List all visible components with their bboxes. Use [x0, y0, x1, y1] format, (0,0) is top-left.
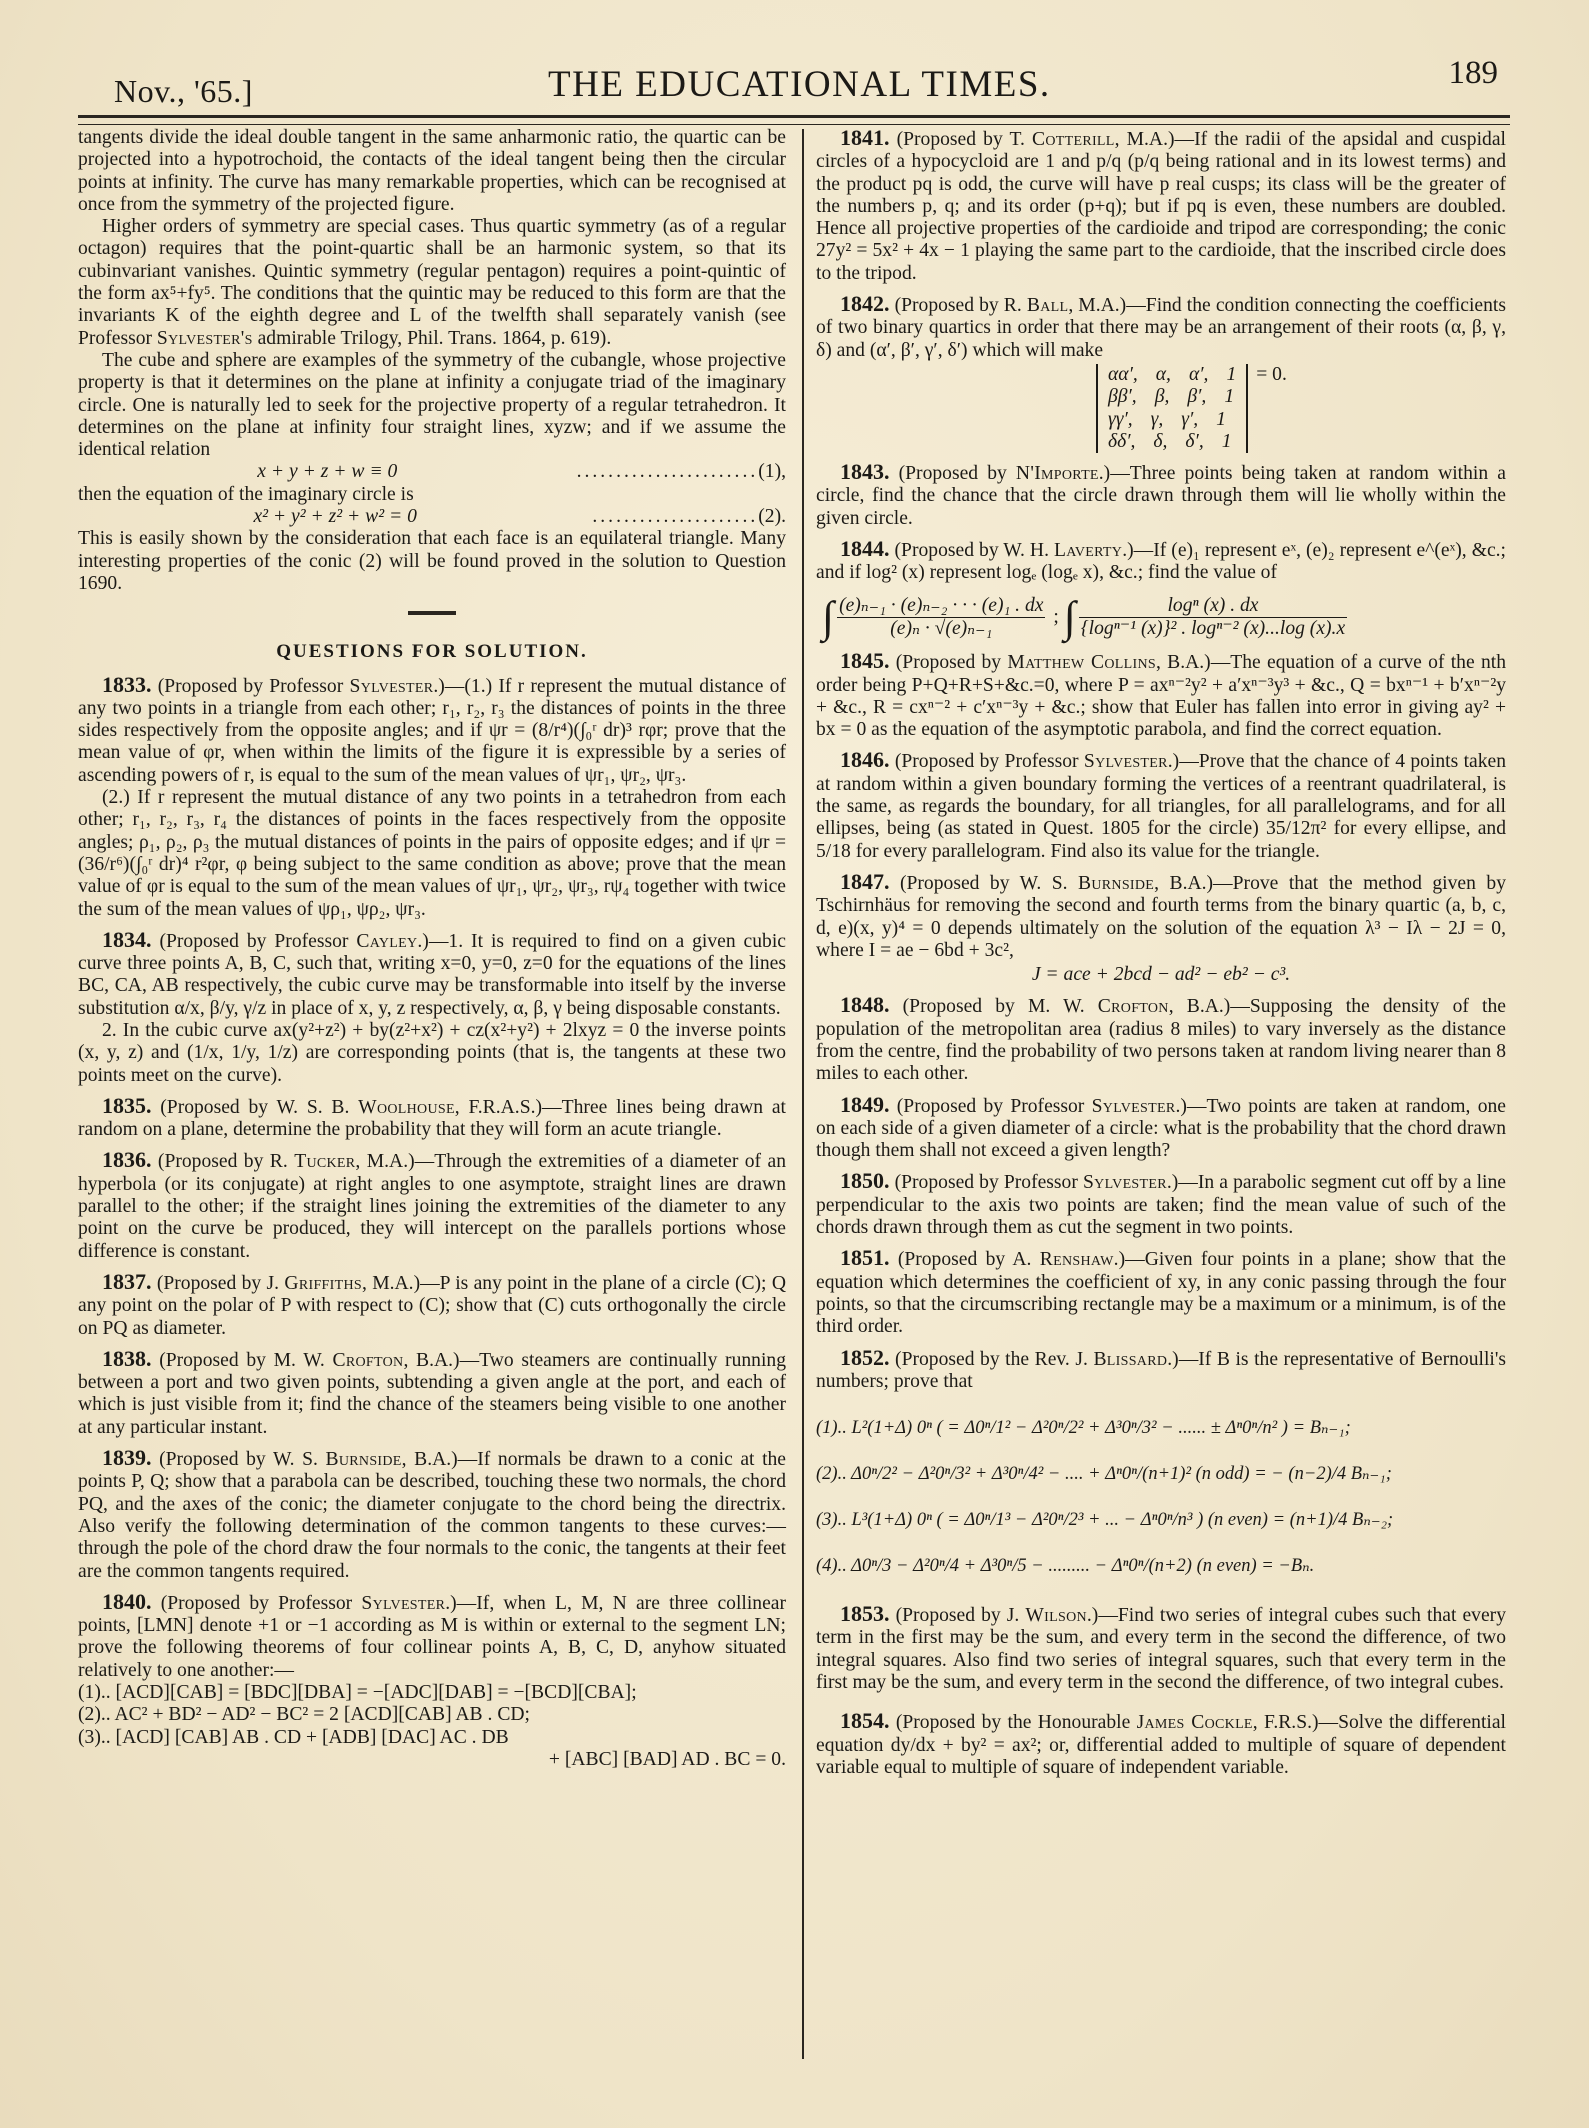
newspaper-page: Nov., '65.] THE EDUCATIONAL TIMES. 189 t…: [78, 55, 1518, 113]
right-column: 1841. (Proposed by T. Cotterill, M.A.)—I…: [816, 127, 1506, 1779]
question-1853: 1853. (Proposed by J. Wilson.)—Find two …: [816, 1603, 1506, 1694]
question-1833: 1833. (Proposed by Professor Sylvester.)…: [78, 674, 786, 921]
question-1841: 1841. (Proposed by T. Cotterill, M.A.)—I…: [816, 127, 1506, 285]
question-1844: 1844. (Proposed by W. H. Laverty.)—If (e…: [816, 538, 1506, 585]
question-1849: 1849. (Proposed by Professor Sylvester.)…: [816, 1094, 1506, 1163]
issue-date: Nov., '65.]: [114, 73, 253, 110]
question-1838: 1838. (Proposed by M. W. Crofton, B.A.)—…: [78, 1348, 786, 1439]
question-1852: 1852. (Proposed by the Rev. J. Blissard.…: [816, 1347, 1506, 1394]
determinant: αα′,α,α′,1 ββ′,β,β′,1 γγ′,γ,γ′,1 δδ′,δ,δ…: [816, 364, 1506, 453]
q1852-formulas: (1).. L²(1+Δ) 0ⁿ ( = Δ0ⁿ/1² − Δ²0ⁿ/2² + …: [816, 1405, 1506, 1589]
publication-title: THE EDUCATIONAL TIMES.: [548, 63, 1051, 106]
question-1850: 1850. (Proposed by Professor Sylvester.)…: [816, 1170, 1506, 1239]
intro-paragraph-5: This is easily shown by the consideratio…: [78, 528, 786, 595]
q1847-J: J = ace + 2bcd − ad² − eb² − c³.: [816, 964, 1506, 986]
section-title: QUESTIONS FOR SOLUTION.: [78, 641, 786, 663]
question-1840: 1840. (Proposed by Professor Sylvester.)…: [78, 1591, 786, 1682]
header-rule: [78, 115, 1510, 125]
question-1854: 1854. (Proposed by the Honourable James …: [816, 1710, 1506, 1779]
intro-paragraph-2: Higher orders of symmetry are special ca…: [78, 216, 786, 350]
page-number: 189: [1449, 55, 1499, 92]
question-1837: 1837. (Proposed by J. Griffiths, M.A.)—P…: [78, 1271, 786, 1340]
question-1842: 1842. (Proposed by R. Ball, M.A.)—Find t…: [816, 293, 1506, 362]
question-1851: 1851. (Proposed by A. Renshaw.)—Given fo…: [816, 1247, 1506, 1338]
question-1839: 1839. (Proposed by W. S. Burnside, B.A.)…: [78, 1447, 786, 1583]
question-1846: 1846. (Proposed by Professor Sylvester.)…: [816, 749, 1506, 862]
q1844-integrals: ∫(e)ₙ₋₁ · (e)ₙ₋₂ · · · (e)₁ . dx(e)ₙ · √…: [816, 595, 1506, 641]
intro-paragraph-4: then the equation of the imaginary circl…: [78, 484, 786, 506]
section-divider: [408, 611, 456, 615]
question-1835: 1835. (Proposed by W. S. B. Woolhouse, F…: [78, 1095, 786, 1142]
question-1847: 1847. (Proposed by W. S. Burnside, B.A.)…: [816, 871, 1506, 962]
page-header: Nov., '65.] THE EDUCATIONAL TIMES. 189: [78, 55, 1518, 113]
question-1848: 1848. (Proposed by M. W. Crofton, B.A.)—…: [816, 994, 1506, 1085]
column-divider: [802, 129, 804, 2059]
question-1834: 1834. (Proposed by Professor Cayley.)—1.…: [78, 929, 786, 1087]
left-column: tangents divide the ideal double tangent…: [78, 127, 786, 1771]
question-1845: 1845. (Proposed by Matthew Collins, B.A.…: [816, 650, 1506, 741]
q1840-formulas: (1).. [ACD][CAB] = [BDC][DBA] = −[ADC][D…: [78, 1682, 786, 1771]
question-1843: 1843. (Proposed by N'Importe.)—Three poi…: [816, 461, 1506, 530]
intro-paragraph-1: tangents divide the ideal double tangent…: [78, 127, 786, 216]
equation-2: x² + y² + z² + w² = 0...................…: [78, 506, 786, 528]
question-1836: 1836. (Proposed by R. Tucker, M.A.)—Thro…: [78, 1149, 786, 1262]
intro-paragraph-3: The cube and sphere are examples of the …: [78, 350, 786, 461]
equation-1: x + y + z + w ≡ 0.......................…: [78, 461, 786, 483]
